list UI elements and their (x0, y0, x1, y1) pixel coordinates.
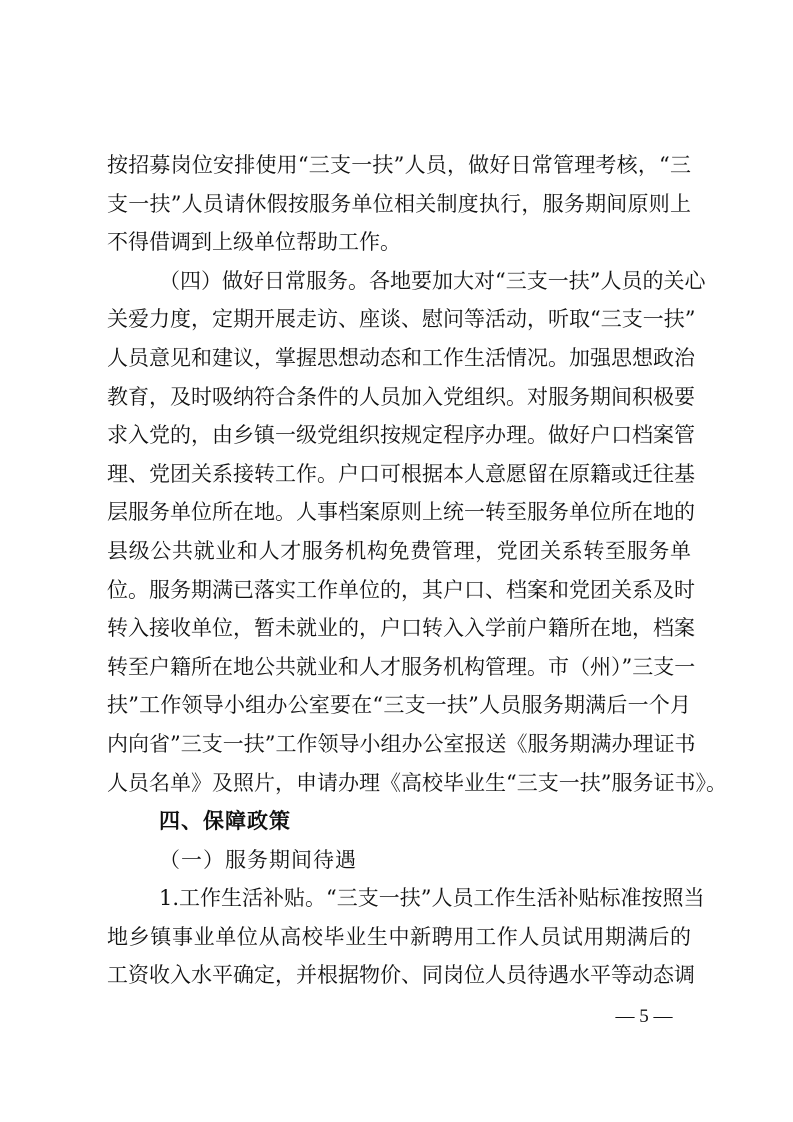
text-line: 位。服务期满已落实工作单位的，其户口、档案和党团关系及时 (107, 571, 691, 610)
text-line: 按招募岗位安排使用“三支一扶”人员，做好日常管理考核，“三 (107, 146, 691, 185)
text-line: 转入接收单位，暂未就业的，户口转入入学前户籍所在地，档案 (107, 609, 691, 648)
paragraph-first-line: （四）做好日常服务。各地要加大对“三支一扶”人员的关心 (107, 262, 691, 301)
text-line: 关爱力度，定期开展走访、座谈、慰问等活动，听取“三支一扶” (107, 300, 691, 339)
page-number: — 5 — (606, 1006, 682, 1028)
text-line: 内向省”三支一扶”工作领导小组办公室报送《服务期满办理证书 (107, 725, 691, 764)
text-line: 转至户籍所在地公共就业和人才服务机构管理。市（州）”三支一 (107, 648, 691, 687)
text-line: 层服务单位所在地。人事档案原则上统一转至服务单位所在地的 (107, 493, 691, 532)
document-body: 按招募岗位安排使用“三支一扶”人员，做好日常管理考核，“三 支一扶”人员请休假按… (107, 146, 691, 995)
text-line: 地乡镇事业单位从高校毕业生中新聘用工作人员试用期满后的 (107, 918, 691, 957)
text-line: 理、党团关系接转工作。户口可根据本人意愿留在原籍或迁往基 (107, 455, 691, 494)
text-line: 教育，及时吸纳符合条件的人员加入党组织。对服务期间积极要 (107, 378, 691, 417)
text-line: 求入党的，由乡镇一级党组织按规定程序办理。做好户口档案管 (107, 416, 691, 455)
text-line: 扶”工作领导小组办公室要在“三支一扶”人员服务期满后一个月 (107, 686, 691, 725)
subsection-heading: （一）服务期间待遇 (107, 841, 691, 880)
text-line: 支一扶”人员请休假按服务单位相关制度执行，服务期间原则上 (107, 185, 691, 224)
text-line: 人员名单》及照片，申请办理《高校毕业生“三支一扶”服务证书》。 (107, 764, 691, 803)
document-page: 按招募岗位安排使用“三支一扶”人员，做好日常管理考核，“三 支一扶”人员请休假按… (0, 0, 793, 1122)
paragraph-first-line: 1.工作生活补贴。“三支一扶”人员工作生活补贴标准按照当 (107, 879, 691, 918)
text-line: 人员意见和建议，掌握思想动态和工作生活情况。加强思想政治 (107, 339, 691, 378)
text-line: 不得借调到上级单位帮助工作。 (107, 223, 691, 262)
section-heading: 四、保障政策 (107, 802, 691, 841)
text-line: 县级公共就业和人才服务机构免费管理，党团关系转至服务单 (107, 532, 691, 571)
text-line: 工资收入水平确定，并根据物价、同岗位人员待遇水平等动态调 (107, 956, 691, 995)
